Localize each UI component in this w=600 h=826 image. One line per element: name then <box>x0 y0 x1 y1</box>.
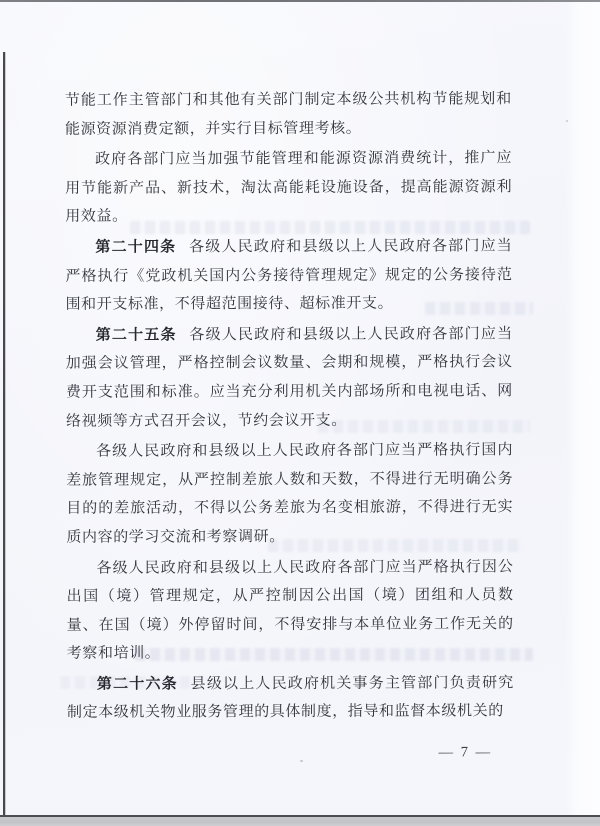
scan-speck <box>566 120 568 122</box>
paragraph-article-26: 第二十六条县级以上人民政府机关事务主管部门负责研究制定本级机关物业服务管理的具体… <box>67 669 514 728</box>
article-number: 第二十六条 <box>97 676 178 692</box>
scan-edge-left <box>3 52 5 817</box>
article-number: 第二十四条 <box>95 239 176 255</box>
paragraph-article-25: 第二十五条各级人民政府和县级以上人民政府各部门应当加强会议管理，严格控制会议数量… <box>66 320 513 436</box>
paragraph: 各级人民政府和县级以上人民政府各部门应当严格执行国内差旅管理规定，从严控制差旅人… <box>66 436 513 552</box>
scan-light-band <box>566 0 600 817</box>
scan-edge-bottom <box>0 815 600 826</box>
page-number: — 7 — <box>67 738 514 768</box>
article-number: 第二十五条 <box>96 327 177 343</box>
paragraph: 政府各部门应当加强节能管理和能源资源消费统计，推广应用节能新产品、新技术，淘汰高… <box>65 144 512 231</box>
paragraph-continuation: 节能工作主管部门和其他有关部门制定本级公共机构节能规划和能源资源消费定额，并实行… <box>65 85 512 144</box>
paragraph: 各级人民政府和县级以上人民政府各部门应当严格执行因公出国（境）管理规定，从严控制… <box>66 553 513 669</box>
paragraph-text: 节能工作主管部门和其他有关部门制定本级公共机构节能规划和能源资源消费定额，并实行… <box>65 91 512 137</box>
document-body: 节能工作主管部门和其他有关部门制定本级公共机构节能规划和能源资源消费定额，并实行… <box>65 85 514 768</box>
paragraph-text: 各级人民政府和县级以上人民政府各部门应当严格执行国内差旅管理规定，从严控制差旅人… <box>66 442 513 545</box>
scanned-document-page: 节能工作主管部门和其他有关部门制定本级公共机构节能规划和能源资源消费定额，并实行… <box>0 0 600 826</box>
paragraph-text: 各级人民政府和县级以上人民政府各部门应当严格执行因公出国（境）管理规定，从严控制… <box>67 559 514 662</box>
paragraph-text: 政府各部门应当加强节能管理和能源资源消费统计，推广应用节能新产品、新技术，淘汰高… <box>65 150 512 225</box>
paragraph-article-24: 第二十四条各级人民政府和县级以上人民政府各部门应当严格执行《党政机关国内公务接待… <box>65 232 512 319</box>
scan-edge-top <box>0 0 600 2</box>
